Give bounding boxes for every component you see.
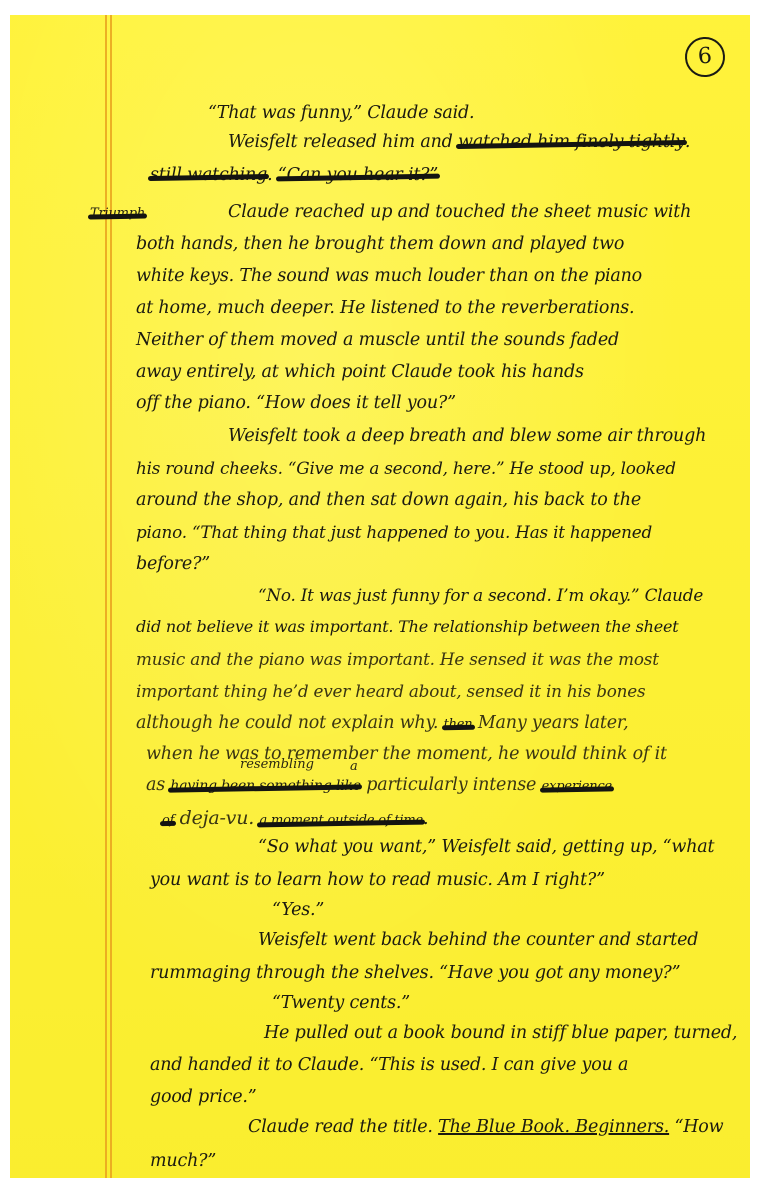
line-text: Claude reached up and touched the sheet … (228, 202, 691, 222)
manuscript-line: “That was funny,” Claude said. (208, 103, 474, 123)
struck-margin-note: of (162, 813, 174, 828)
margin-line-left (105, 15, 107, 1178)
struck-text: a moment outside of time (259, 813, 423, 828)
manuscript-line: Weisfelt released him and watched him fi… (228, 132, 690, 152)
line-text: deja-vu. (180, 807, 254, 829)
legal-pad-page: 6 “That was funny,” Claude said. Weisfel… (10, 15, 750, 1178)
struck-margin-note: Triumph (90, 206, 145, 221)
manuscript-line: “Yes.” (272, 900, 324, 920)
margin-line-right (110, 15, 112, 1178)
manuscript-line: as having been something like particular… (146, 775, 612, 795)
struck-text: having been something like (170, 778, 360, 794)
struck-text: still watching (150, 165, 267, 185)
manuscript-line: “No. It was just funny for a second. I’m… (258, 585, 703, 605)
line-text-end: particularly intense (366, 775, 536, 795)
manuscript-line: when he was to remember the moment, he w… (146, 744, 667, 764)
manuscript-line: although he could not explain why. then … (136, 713, 629, 733)
manuscript-line: Claude reached up and touched the sheet … (228, 202, 691, 222)
manuscript-line: around the shop, and then sat down again… (136, 490, 641, 510)
manuscript-line: both hands, then he brought them down an… (136, 234, 624, 254)
line-text-end: “How (674, 1117, 723, 1137)
line-text: Weisfelt released him and (228, 132, 453, 152)
manuscript-line: piano. “That thing that just happened to… (136, 522, 652, 542)
manuscript-line: Claude read the title. The Blue Book. Be… (248, 1117, 723, 1137)
struck-text: then (444, 717, 473, 732)
manuscript-line: rummaging through the shelves. “Have you… (150, 963, 680, 983)
line-text-end: Many years later, (478, 713, 629, 733)
struck-text: “Can you hear it?” (278, 165, 438, 185)
manuscript-line: important thing he’d ever heard about, s… (136, 681, 645, 701)
manuscript-line: Neither of them moved a muscle until the… (136, 330, 619, 350)
manuscript-line: did not believe it was important. The re… (136, 617, 679, 636)
manuscript-line: He pulled out a book bound in stiff blue… (264, 1023, 737, 1043)
manuscript-line: away entirely, at which point Claude too… (136, 362, 584, 382)
manuscript-line: much?” (150, 1151, 216, 1171)
manuscript-line: off the piano. “How does it tell you?” (136, 393, 456, 413)
manuscript-line: music and the piano was important. He se… (136, 649, 659, 669)
struck-text: watched him finely tightly (458, 132, 685, 152)
underlined-book-title: The Blue Book. Beginners. (438, 1117, 669, 1137)
line-text: as (146, 775, 165, 795)
page-number-circled: 6 (684, 36, 727, 79)
manuscript-line: you want is to learn how to read music. … (150, 870, 605, 890)
manuscript-line: good price.” (150, 1087, 256, 1107)
manuscript-line: Weisfelt took a deep breath and blew som… (228, 426, 706, 446)
manuscript-line: his round cheeks. “Give me a second, her… (136, 458, 676, 478)
inserted-word: a (350, 759, 358, 774)
manuscript-line: before?” (136, 554, 210, 574)
inserted-word: resembling (240, 757, 314, 772)
manuscript-line: still watching. “Can you hear it?” (150, 165, 438, 185)
manuscript-line: white keys. The sound was much louder th… (136, 266, 642, 286)
line-text: Claude read the title. (248, 1117, 433, 1137)
line-text: although he could not explain why. (136, 713, 438, 733)
manuscript-line: Weisfelt went back behind the counter an… (258, 930, 698, 950)
manuscript-line: of deja-vu. a moment outside of time. (162, 807, 428, 829)
manuscript-line: “Twenty cents.” (272, 993, 410, 1013)
struck-text: experience (542, 779, 612, 794)
manuscript-line: Triumph (90, 202, 145, 222)
manuscript-line: at home, much deeper. He listened to the… (136, 298, 634, 318)
manuscript-line: “So what you want,” Weisfelt said, getti… (258, 837, 714, 857)
line-text: “That was funny,” Claude said. (208, 103, 474, 123)
manuscript-line: and handed it to Claude. “This is used. … (150, 1055, 628, 1075)
